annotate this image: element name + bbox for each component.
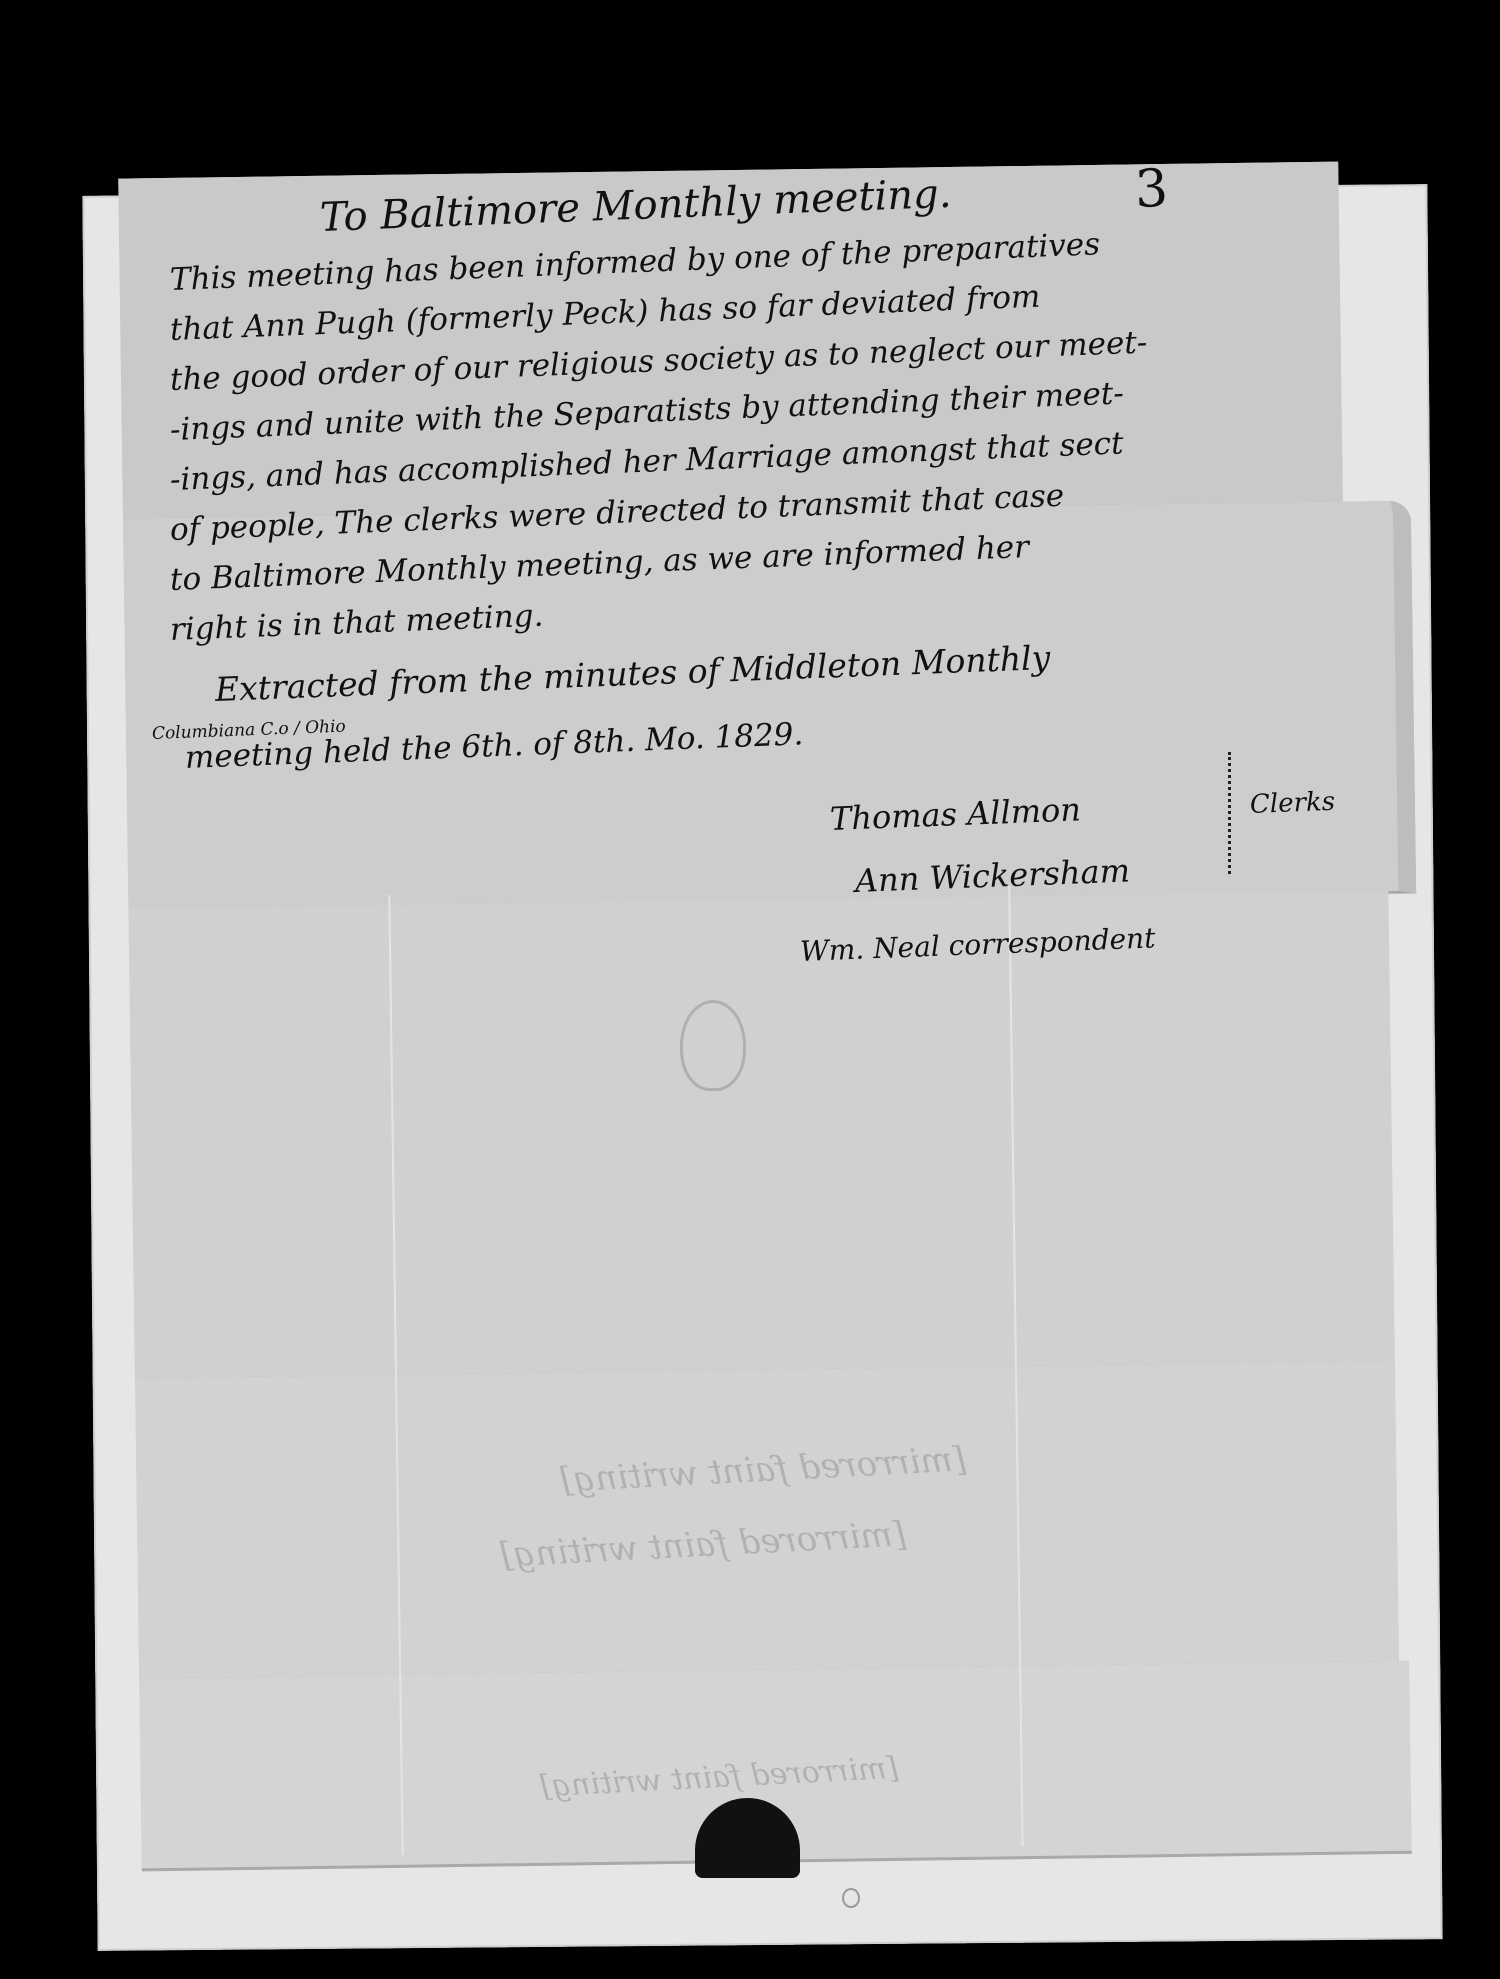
paper-mark	[842, 1888, 860, 1908]
clerks-bracket	[1228, 752, 1237, 874]
clerks-label: Clerks	[1249, 787, 1335, 820]
faint-seal-stain	[680, 1000, 746, 1091]
fold-panel-3	[128, 891, 1394, 1382]
page-number: 3	[1134, 159, 1169, 220]
